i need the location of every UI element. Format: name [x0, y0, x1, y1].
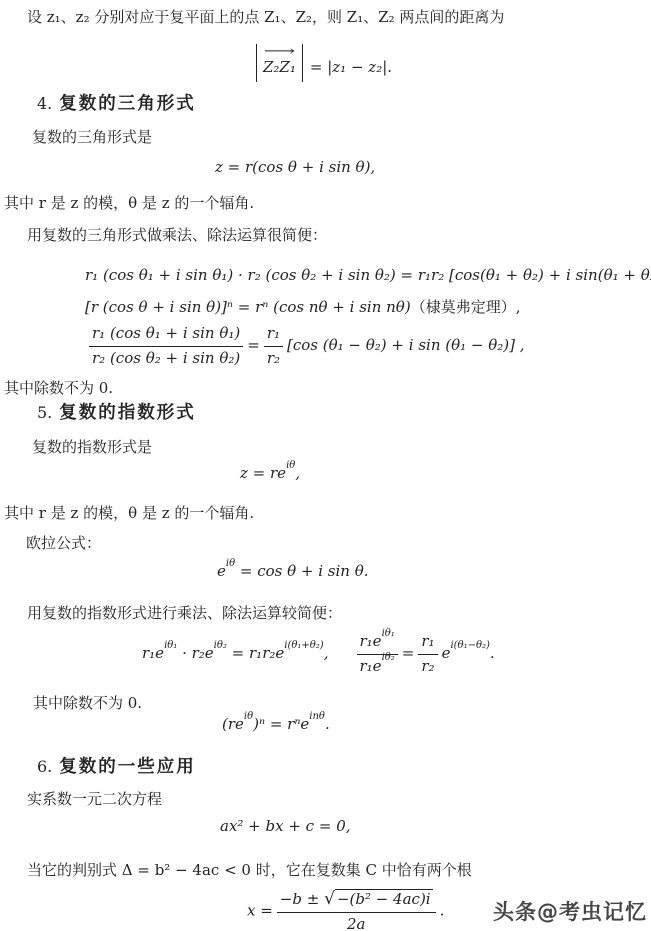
exp-mult-div-formula: r₁eiθ₁ · r₂eiθ₂ = r₁r₂ei(θ₁+θ₂), r₁eiθ₁ …: [142, 632, 495, 676]
vector-over-arrow: ⟶Z₂Z₁: [263, 58, 296, 78]
section5-ops-intro: 用复数的指数形式进行乘法、除法运算较简便：: [27, 604, 342, 624]
fraction-numerator: r₁ (cos θ₁ + i sin θ₁): [89, 324, 243, 346]
section6-number: 6.: [37, 757, 52, 776]
roots-num-pre: −b ±: [280, 890, 324, 908]
fraction-numerator: r₁: [418, 632, 437, 654]
fraction-denominator: r₂: [418, 654, 437, 677]
equals-sign: =: [247, 336, 260, 354]
exp-mult-part: = r₁r₂e: [227, 644, 284, 662]
section5-modulus-note: 其中 r 是 z 的模，θ 是 z 的一个辐角.: [4, 504, 254, 524]
euler-exponent: iθ: [226, 558, 235, 569]
section4-number: 4.: [37, 94, 52, 113]
fraction: r₁eiθ₁ r₁eiθ₂: [357, 632, 398, 676]
euler-formula: eiθ = cos θ + i sin θ.: [217, 562, 369, 582]
exp-mult-exponent: iθ₁: [164, 640, 177, 651]
vector-arrow-icon: ⟶: [251, 45, 307, 58]
fraction-denominator: r₂ (cos θ₂ + i sin θ₂): [89, 346, 243, 369]
euler-label: 欧拉公式：: [26, 534, 101, 554]
section5-number: 5.: [37, 403, 52, 422]
section4-ops-intro: 用复数的三角形式做乘法、除法运算很简便：: [27, 226, 327, 246]
demoivre-note: （棣莫弗定理）,: [411, 298, 521, 316]
radicand: −(b² − 4ac)i: [335, 889, 433, 908]
division-formula: r₁ (cos θ₁ + i sin θ₁) r₂ (cos θ₂ + i si…: [85, 324, 525, 368]
exp-mult-part: r₁e: [142, 644, 164, 662]
abs-bars: ⟶Z₂Z₁: [256, 44, 303, 82]
roots-formula: x = −b ± √−(b² − 4ac)i 2a .: [247, 888, 444, 931]
division-formula-tail: [cos (θ₁ − θ₂) + i sin (θ₁ − θ₂)] ,: [287, 336, 525, 354]
exp-mult-part: · r₂e: [177, 644, 213, 662]
power-part: (re: [222, 715, 244, 733]
exp-form-exponent: iθ: [286, 460, 295, 471]
euler-tail: = cos θ + i sin θ.: [235, 562, 368, 580]
power-formula: (reiθ)ⁿ = rⁿeinθ.: [222, 715, 330, 735]
power-exponent: iθ: [244, 711, 253, 722]
demoivre-formula: [r (cos θ + i sin θ)]ⁿ = rⁿ (cos nθ + i …: [85, 298, 520, 318]
section5-divisor-note: 其中除数不为 0.: [33, 694, 142, 714]
fraction-numerator: −b ± √−(b² − 4ac)i: [277, 888, 436, 912]
exp-form-formula: z = reiθ,: [240, 464, 300, 484]
fraction: r₁ (cos θ₁ + i sin θ₁) r₂ (cos θ₂ + i si…: [89, 324, 243, 368]
section6-title: 复数的一些应用: [59, 757, 196, 777]
equals-sign: =: [402, 644, 415, 662]
section4-divisor-note: 其中除数不为 0.: [4, 379, 113, 399]
toutiao-watermark: 头条@考虫记忆: [493, 896, 647, 926]
distance-formula: ⟶Z₂Z₁= |z₁ − z₂|.: [256, 44, 392, 82]
trig-form-formula: z = r(cos θ + i sin θ),: [215, 158, 375, 178]
sqrt-sign: √: [324, 889, 335, 909]
quadratic-formula: ax² + bx + c = 0,: [220, 817, 351, 837]
section5-heading: 5.复数的指数形式: [37, 402, 196, 425]
euler-base: e: [217, 562, 226, 580]
fraction-numerator: r₁: [264, 324, 283, 346]
exp-div-den-base: r₁e: [360, 657, 382, 675]
exp-mult-exponent: iθ₂: [214, 640, 227, 651]
power-period: .: [325, 715, 330, 733]
exp-div-den-exponent: iθ₂: [382, 652, 395, 663]
exp-div-num-exponent: iθ₁: [382, 628, 395, 639]
discriminant-note: 当它的判别式 Δ = b² − 4ac < 0 时，它在复数集 C 中恰有两个根: [27, 861, 472, 881]
exp-form-base: z = re: [240, 464, 286, 482]
roots-lhs: x =: [247, 901, 273, 919]
distance-formula-rhs: = |z₁ − z₂|.: [310, 58, 392, 76]
exp-form-tail: ,: [295, 464, 300, 482]
exp-mult-exponent: i(θ₁+θ₂): [284, 640, 323, 651]
vector-base: Z₂Z₁: [263, 58, 296, 76]
fraction-denominator: r₁eiθ₂: [357, 654, 398, 677]
fraction-denominator: r₂: [264, 346, 283, 369]
roots-period: .: [440, 901, 445, 919]
exp-div-period: .: [490, 644, 495, 662]
section6-heading: 6.复数的一些应用: [37, 756, 196, 779]
document-page: 设 z₁、z₂ 分别对应于复平面上的点 Z₁、Z₂，则 Z₁、Z₂ 两点间的距离…: [0, 0, 651, 931]
section4-heading: 4.复数的三角形式: [37, 93, 196, 116]
section6-intro: 实系数一元二次方程: [27, 790, 162, 810]
power-exponent: inθ: [309, 711, 325, 722]
exp-mult-comma: ,: [324, 644, 329, 662]
section4-intro: 复数的三角形式是: [32, 128, 152, 148]
multiplication-formula: r₁ (cos θ₁ + i sin θ₁) · r₂ (cos θ₂ + i …: [85, 266, 651, 286]
section5-intro: 复数的指数形式是: [32, 438, 152, 458]
section4-title: 复数的三角形式: [59, 94, 196, 114]
power-part: )ⁿ = rⁿe: [253, 715, 309, 733]
section4-modulus-note: 其中 r 是 z 的模，θ 是 z 的一个辐角.: [4, 194, 254, 214]
fraction: r₁ r₂: [264, 324, 283, 368]
fraction: r₁ r₂: [418, 632, 437, 676]
intro-paragraph: 设 z₁、z₂ 分别对应于复平面上的点 Z₁、Z₂，则 Z₁、Z₂ 两点间的距离…: [27, 8, 504, 28]
section5-title: 复数的指数形式: [59, 403, 196, 423]
exp-div-tail-exponent: i(θ₁−θ₂): [450, 640, 489, 651]
exp-div-num-base: r₁e: [360, 632, 382, 650]
fraction: −b ± √−(b² − 4ac)i 2a: [277, 888, 436, 931]
fraction-denominator: 2a: [277, 912, 436, 931]
demoivre-math: [r (cos θ + i sin θ)]ⁿ = rⁿ (cos nθ + i …: [85, 298, 411, 316]
fraction-numerator: r₁eiθ₁: [357, 632, 398, 654]
